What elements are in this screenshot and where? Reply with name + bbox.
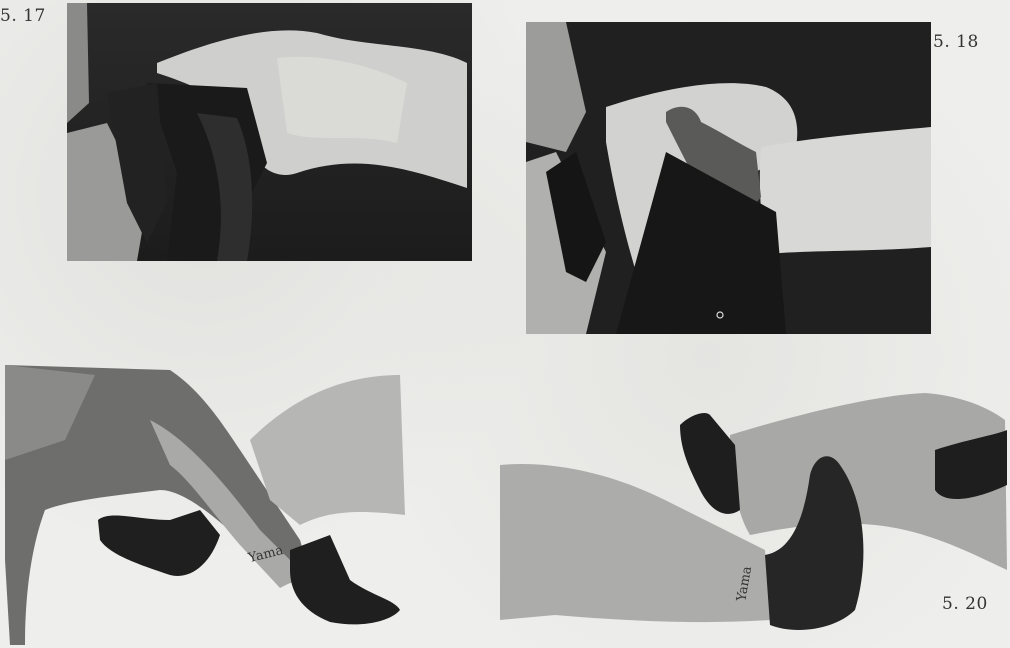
figure-5-17-photo — [67, 3, 472, 261]
figure-5-20-photo: Yama — [495, 390, 1010, 648]
figure-label-5-17: 5. 17 — [0, 6, 46, 26]
figure-5-19-photo: Yama — [0, 360, 410, 648]
figure-5-18-photo — [526, 22, 931, 334]
figure-label-5-18: 5. 18 — [933, 32, 979, 52]
